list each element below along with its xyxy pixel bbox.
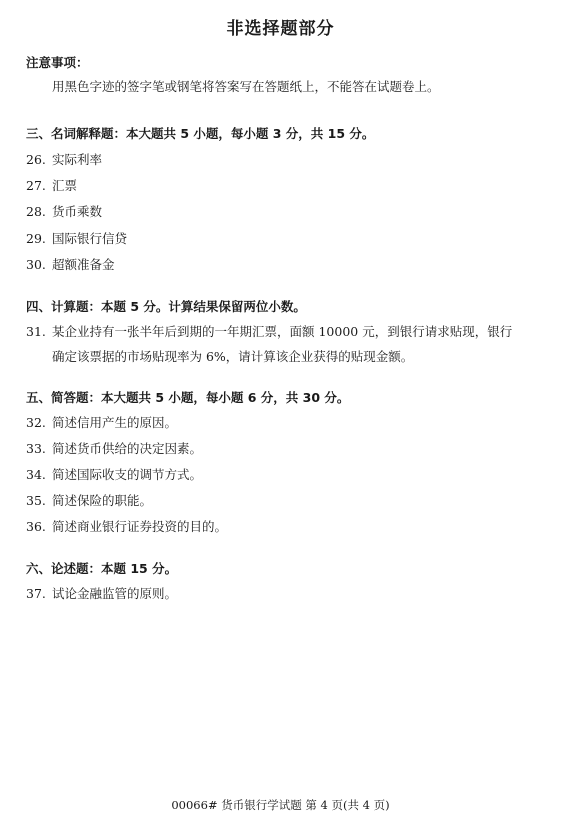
question-item: 35.简述保险的职能。 [26,491,152,509]
question-item: 31.某企业持有一张半年后到期的一年期汇票，面额 10000 元，到银行请求贴现… [26,322,512,340]
question-text: 汇票 [52,178,77,193]
question-number: 35. [26,493,52,508]
question-item: 36.简述商业银行证券投资的目的。 [26,517,227,535]
section-heading-essay: 六、论述题：本题 15 分。 [26,559,177,577]
question-text: 简述保险的职能。 [52,493,152,508]
question-item: 27.汇票 [26,176,77,194]
question-number: 36. [26,519,52,534]
section-heading-term-explanation: 三、名词解释题：本大题共 5 小题，每小题 3 分，共 15 分。 [26,124,374,142]
section-heading-calculation: 四、计算题：本题 5 分。计算结果保留两位小数。 [26,297,306,315]
question-number: 26. [26,152,52,167]
notice-heading: 注意事项： [26,53,89,71]
page-footer: 00066# 货币银行学试题 第 4 页(共 4 页) [0,797,561,813]
question-text: 超额准备金 [52,257,115,272]
question-number: 31. [26,324,52,339]
section-heading-short-answer: 五、简答题：本大题共 5 小题，每小题 6 分，共 30 分。 [26,388,349,406]
question-number: 30. [26,257,52,272]
question-number: 32. [26,415,52,430]
question-number: 28. [26,204,52,219]
question-item: 34.简述国际收支的调节方式。 [26,465,202,483]
question-item: 33.简述货币供给的决定因素。 [26,439,202,457]
question-text: 某企业持有一张半年后到期的一年期汇票，面额 10000 元，到银行请求贴现，银行 [52,324,512,339]
question-text-continuation: 确定该票据的市场贴现率为 6%，请计算该企业获得的贴现金额。 [52,347,413,365]
question-text: 简述货币供给的决定因素。 [52,441,202,456]
page-title: 非选择题部分 [0,14,561,39]
question-item: 29.国际银行信贷 [26,229,127,247]
question-item: 28.货币乘数 [26,202,102,220]
question-text: 国际银行信贷 [52,231,127,246]
question-number: 27. [26,178,52,193]
question-text: 货币乘数 [52,204,102,219]
question-text: 简述商业银行证券投资的目的。 [52,519,227,534]
question-text: 简述国际收支的调节方式。 [52,467,202,482]
question-number: 34. [26,467,52,482]
question-text: 简述信用产生的原因。 [52,415,177,430]
question-number: 33. [26,441,52,456]
notice-body: 用黑色字迹的签字笔或钢笔将答案写在答题纸上，不能答在试题卷上。 [52,77,440,95]
question-item: 30.超额准备金 [26,255,115,273]
question-text: 试论金融监管的原则。 [52,586,177,601]
question-item: 37.试论金融监管的原则。 [26,584,177,602]
question-item: 32.简述信用产生的原因。 [26,413,177,431]
question-text: 实际利率 [52,152,102,167]
question-number: 29. [26,231,52,246]
question-number: 37. [26,586,52,601]
question-item: 26.实际利率 [26,150,102,168]
